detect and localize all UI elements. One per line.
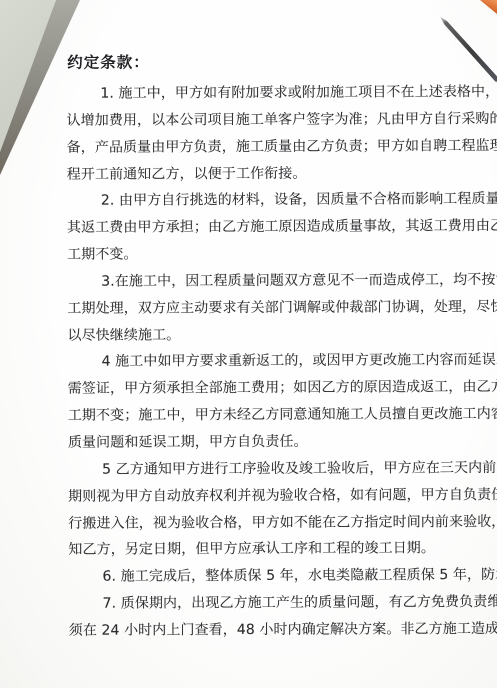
text-line: 知乙方，另定日期，但甲方应承认工序和工程的竣工日期。: [68, 535, 474, 564]
text-line: 工期处理，双方应主动要求有关部门调解或仲裁部门协调，处理，尽快解决纠纷，: [67, 294, 473, 323]
text-line: 认增加费用，以本公司项目施工单客户签字为准；凡由甲方自行采购的材料，设: [66, 106, 472, 135]
text-line: 需签证，甲方须承担全部施工费用；如因乙方的原因造成返工，由乙方承担责任，: [68, 374, 474, 403]
text-line: 程开工前通知乙方，以便于工作衔接。: [67, 160, 473, 189]
text-line: 2. 由甲方自行挑选的材料，设备，因质量不合格而影响工程质量和工期，: [67, 186, 473, 215]
text-line: 1. 施工中，甲方如有附加要求或附加施工项目不在上述表格中，双方应确: [66, 79, 472, 108]
text-line: 行搬进入住，视为验收合格，甲方如不能在乙方指定时间内前来验收，应及时通: [68, 509, 474, 538]
text-line: 工期不变；施工中，甲方未经乙方同意通知施工人员擅自更改施工内容所引起的: [68, 401, 474, 430]
text-line: 7. 质保期内，出现乙方施工产生的质量问题，有乙方免费负责维修维护，: [69, 589, 475, 618]
text-line: 期则视为甲方自动放弃权利并视为验收合格，如有问题，甲方自负责任；甲方自: [68, 482, 474, 511]
text-line: 4 施工中如甲方要求重新返工的，或因甲方更改施工内容而延误工期的，均: [68, 347, 474, 376]
document-text-layer: 约定条款： 1. 施工中，甲方如有附加要求或附加施工项目不在上述表格中，双方应确…: [0, 0, 497, 688]
document-body: 1. 施工中，甲方如有附加要求或附加施工项目不在上述表格中，双方应确认增加费用，…: [66, 79, 474, 644]
text-line: 须在 24 小时内上门查看，48 小时内确定解决方案。非乙方施工造成的问题（如: [69, 616, 475, 645]
document-title: 约定条款：: [67, 50, 150, 72]
document-photo: 约定条款： 1. 施工中，甲方如有附加要求或附加施工项目不在上述表格中，双方应确…: [0, 0, 497, 688]
text-line: 其返工费由甲方承担；由乙方施工原因造成质量事故，其返工费用由乙方承担，: [67, 213, 473, 242]
text-line: 5 乙方通知甲方进行工序验收及竣工验收后，甲方应在三天内前来验收，逾: [68, 455, 474, 484]
text-line: 以尽快继续施工。: [67, 321, 473, 350]
text-line: 3.在施工中，因工程质量问题双方意见不一而造成停工，均不按误工或延迟: [67, 267, 473, 296]
text-line: 6. 施工完成后，整体质保 5 年，水电类隐蔽工程质保 5 年，防水质保 5 年: [68, 562, 474, 591]
text-line: 质量问题和延误工期，甲方自负责任。: [68, 428, 474, 457]
text-line: 备，产品质量由甲方负责，施工质量由乙方负责；甲方如自聘工程监理，须在工: [67, 133, 473, 162]
text-line: 工期不变。: [67, 240, 473, 269]
